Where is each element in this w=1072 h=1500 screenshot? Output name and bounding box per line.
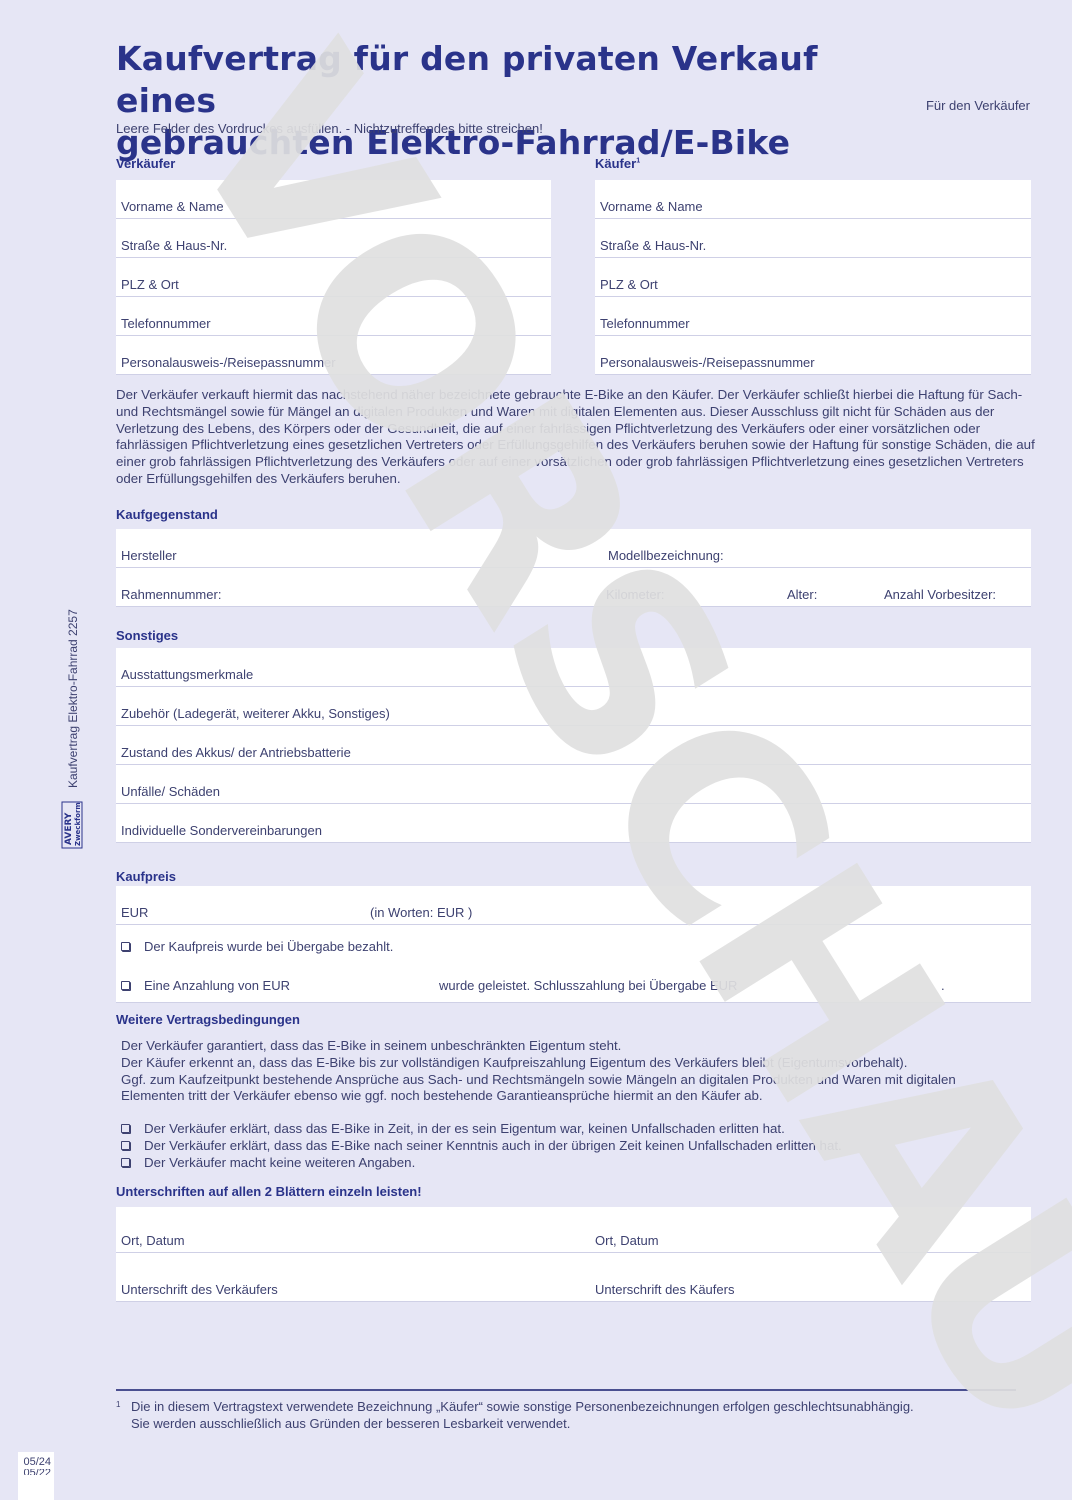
field-label: Straße & Haus-Nr. [121, 238, 227, 253]
price-heading: Kaufpreis [116, 869, 176, 884]
checkbox-icon[interactable] [121, 981, 130, 990]
liability-paragraph: Der Verkäufer verkauft hiermit das nachs… [116, 387, 1036, 488]
footnote-ref: 1 [636, 158, 640, 165]
no-accident-other-option[interactable]: Der Verkäufer erklärt, dass das E-Bike n… [121, 1138, 1031, 1155]
terms-line: Ggf. zum Kaufzeitpunkt bestehende Ansprü… [121, 1072, 1031, 1089]
option-label: . [941, 978, 945, 993]
misc-fields: Ausstattungsmerkmale Zubehör (Ladegerät,… [116, 648, 1031, 843]
buyer-signature-field[interactable]: Unterschrift des Käufers [595, 1282, 734, 1297]
form-name-vertical: Kaufvertrag Elektro-Fahrrad 2257 [66, 609, 80, 788]
field-label: Straße & Haus-Nr. [600, 238, 706, 253]
title-line-1: Kaufvertrag für den privaten Verkauf ein… [116, 38, 916, 122]
buyer-heading-text: Käufer [595, 156, 636, 171]
price-row: EUR (in Worten: EUR ) [116, 886, 1031, 925]
buyer-phone-field[interactable]: Telefonnummer [595, 297, 1031, 336]
signature-fields: Ort, Datum Ort, Datum Unterschrift des V… [116, 1207, 1031, 1302]
buyer-street-field[interactable]: Straße & Haus-Nr. [595, 219, 1031, 258]
item-row-2: Rahmennummer: Kilometer: Alter: Anzahl V… [116, 568, 1031, 607]
seller-signature-field[interactable]: Unterschrift des Verkäufers [121, 1282, 278, 1297]
place-date-buyer-field[interactable]: Ort, Datum [595, 1233, 659, 1248]
terms-line: Der Verkäufer garantiert, dass das E-Bik… [121, 1038, 1031, 1055]
footnote-marker: 1 [116, 1396, 120, 1413]
signatures-heading: Unterschriften auf allen 2 Blättern einz… [116, 1184, 422, 1199]
special-agreements-field[interactable]: Individuelle Sondervereinbarungen [116, 804, 1031, 843]
deposit-option[interactable]: Eine Anzahlung von EUR wurde geleistet. … [121, 978, 1021, 993]
buyer-id-field[interactable]: Personalausweis-/Reisepassnummer [595, 336, 1031, 375]
place-date-seller-field[interactable]: Ort, Datum [121, 1233, 185, 1248]
footnote: 1 Die in diesem Vertragstext verwendete … [116, 1398, 1016, 1432]
accidents-field[interactable]: Unfälle/ Schäden [116, 765, 1031, 804]
seller-phone-field[interactable]: Telefonnummer [116, 297, 551, 336]
place-date-row: Ort, Datum Ort, Datum [116, 1207, 1031, 1253]
seller-city-field[interactable]: PLZ & Ort [116, 258, 551, 297]
terms-heading: Weitere Vertragsbedingungen [116, 1012, 300, 1027]
item-heading: Kaufgegenstand [116, 507, 218, 522]
equipment-field[interactable]: Ausstattungsmerkmale [116, 648, 1031, 687]
seller-street-field[interactable]: Straße & Haus-Nr. [116, 219, 551, 258]
option-label: Der Kaufpreis wurde bei Übergabe bezahlt… [144, 939, 393, 954]
field-label: Unfälle/ Schäden [121, 784, 220, 799]
option-label: Eine Anzahlung von EUR [144, 978, 290, 993]
checkbox-icon[interactable] [121, 1124, 130, 1133]
battery-condition-field[interactable]: Zustand des Akkus/ der Antriebsbatterie [116, 726, 1031, 765]
field-label: PLZ & Ort [600, 277, 658, 292]
option-label: Der Verkäufer macht keine weiteren Angab… [144, 1155, 415, 1170]
svg-text:Zweckform: Zweckform [74, 802, 82, 846]
option-label: Der Verkäufer erklärt, dass das E-Bike n… [144, 1138, 842, 1153]
edition-current: 05/24 [18, 1456, 51, 1469]
checkbox-icon[interactable] [121, 1141, 130, 1150]
seller-name-field[interactable]: Vorname & Name [116, 180, 551, 219]
buyer-heading: Käufer1 [595, 156, 640, 171]
field-label: Ausstattungsmerkmale [121, 667, 253, 682]
manufacturer-field[interactable]: Hersteller [121, 548, 177, 563]
field-label: Individuelle Sondervereinbarungen [121, 823, 322, 838]
age-field[interactable]: Alter: [787, 587, 817, 602]
checkbox-icon[interactable] [121, 942, 130, 951]
price-in-words-field[interactable]: (in Worten: EUR ) [370, 905, 472, 920]
edition-date: 05/24 05/22 [18, 1452, 54, 1500]
seller-id-field[interactable]: Personalausweis-/Reisepassnummer [116, 336, 551, 375]
buyer-name-field[interactable]: Vorname & Name [595, 180, 1031, 219]
signature-row: Unterschrift des Verkäufers Unterschrift… [116, 1253, 1031, 1302]
footnote-line: Sie werden ausschließlich aus Gründen de… [116, 1415, 1016, 1432]
paid-on-delivery-option[interactable]: Der Kaufpreis wurde bei Übergabe bezahlt… [121, 939, 393, 954]
previous-owners-field[interactable]: Anzahl Vorbesitzer: [884, 587, 996, 602]
kilometers-field[interactable]: Kilometer: [606, 587, 665, 602]
no-further-info-option[interactable]: Der Verkäufer macht keine weiteren Angab… [121, 1155, 1031, 1172]
edition-previous: 05/22 [18, 1469, 51, 1475]
footnote-divider [116, 1389, 1016, 1391]
payment-options: Der Kaufpreis wurde bei Übergabe bezahlt… [116, 925, 1031, 1003]
misc-heading: Sonstiges [116, 628, 178, 643]
seller-fields: Vorname & Name Straße & Haus-Nr. PLZ & O… [116, 180, 551, 375]
field-label: Zustand des Akkus/ der Antriebsbatterie [121, 745, 351, 760]
field-label: Vorname & Name [121, 199, 224, 214]
field-label: PLZ & Ort [121, 277, 179, 292]
terms-line: Elementen tritt der Verkäufer ebenso wie… [121, 1088, 1031, 1105]
price-fields: EUR (in Worten: EUR ) Der Kaufpreis wurd… [116, 886, 1031, 1003]
seller-heading: Verkäufer [116, 156, 175, 171]
checkbox-icon[interactable] [121, 1158, 130, 1167]
price-eur-field[interactable]: EUR [121, 905, 148, 920]
svg-text:AVERY: AVERY [64, 812, 74, 845]
field-label: Vorname & Name [600, 199, 703, 214]
field-label: Telefonnummer [121, 316, 211, 331]
field-label: Telefonnummer [600, 316, 690, 331]
option-label: Der Verkäufer erklärt, dass das E-Bike i… [144, 1121, 785, 1136]
no-accident-own-option[interactable]: Der Verkäufer erklärt, dass das E-Bike i… [121, 1121, 1031, 1138]
terms-line: Der Käufer erkennt an, dass das E-Bike b… [121, 1055, 1031, 1072]
accessories-field[interactable]: Zubehör (Ladegerät, weiterer Akku, Sonst… [116, 687, 1031, 726]
item-fields: Hersteller Modellbezeichnung: Rahmennumm… [116, 529, 1031, 607]
option-label: wurde geleistet. Schlusszahlung bei Über… [439, 978, 737, 993]
buyer-city-field[interactable]: PLZ & Ort [595, 258, 1031, 297]
terms-paragraph: Der Verkäufer garantiert, dass das E-Bik… [121, 1038, 1031, 1105]
buyer-fields: Vorname & Name Straße & Haus-Nr. PLZ & O… [595, 180, 1031, 375]
frame-number-field[interactable]: Rahmennummer: [121, 587, 221, 602]
field-label: Personalausweis-/Reisepassnummer [600, 355, 815, 370]
field-label: Personalausweis-/Reisepassnummer [121, 355, 336, 370]
model-field[interactable]: Modellbezeichnung: [608, 548, 724, 563]
item-row-1: Hersteller Modellbezeichnung: [116, 529, 1031, 568]
field-label: Zubehör (Ladegerät, weiterer Akku, Sonst… [121, 706, 390, 721]
copy-label: Für den Verkäufer [926, 98, 1030, 113]
footnote-line: Die in diesem Vertragstext verwendete Be… [116, 1398, 1016, 1415]
terms-checkboxes: Der Verkäufer erklärt, dass das E-Bike i… [121, 1121, 1031, 1171]
document-title: Kaufvertrag für den privaten Verkauf ein… [116, 38, 916, 164]
instructions: Leere Felder des Vordruckes ausfüllen. -… [116, 121, 543, 136]
avery-zweckform-logo: AVERY Zweckform [58, 800, 88, 850]
